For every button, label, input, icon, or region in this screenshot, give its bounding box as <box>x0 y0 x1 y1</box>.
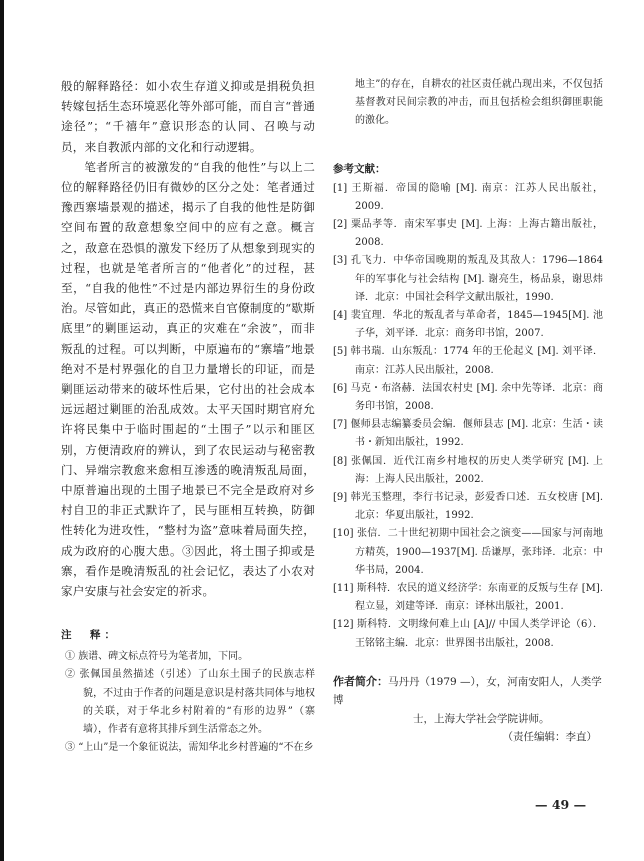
note-1: ① 族谱、碑文标点符号为笔者加，下同。 <box>61 648 315 666</box>
author-label: 作者简介： <box>333 675 388 688</box>
note-text: 张佩国虽然描述（引述）了山东土围子的民族志样貌，不过由于作者的问题是意识是村落共… <box>80 669 315 735</box>
note-3-continuation: 地主”的存在，自耕农的社区责任就凸现出来，不仅包括基督教对民间宗教的冲击，而且包… <box>333 76 603 131</box>
reference-item: [11] 斯科特．农民的道义经济学：东南亚的反叛与生存 [M]. 程立显，刘建等… <box>333 580 603 616</box>
page-number: — 49 — <box>535 797 586 812</box>
reference-item: [12] 斯科特．文明缘何难上山 [A]// 中国人类学评论（6）．王铭铭主编．… <box>333 616 603 652</box>
page-left-border <box>0 0 4 861</box>
reference-item: [8] 张佩国．近代江南乡村地权的历史人类学研究 [M]. 上海：上海人民出版社… <box>333 453 603 489</box>
reference-item: [10] 张信．二十世纪初期中国社会之演变——国家与河南地方精英，1900—19… <box>333 525 603 580</box>
paragraph-1: 般的解释路径：如小农生存道义抑或是捐税负担转嫁包括生态环境恶化等外部可能，而自言… <box>61 76 315 157</box>
note-2: ② 张佩国虽然描述（引述）了山东土围子的民族志样貌，不过由于作者的问题是意识是村… <box>61 666 315 739</box>
reference-item: [2] 粟品孝等．南宋军事史 [M]. 上海：上海古籍出版社，2008. <box>333 216 603 252</box>
reference-item: [5] 韩书瑞．山东叛乱：1774 年的王伦起义 [M]. 刘平译．南京：江苏人… <box>333 343 603 379</box>
note-marker: ① <box>65 651 75 662</box>
author-bio: 作者简介：马丹丹（1979 —），女，河南安阳人，人类学博 士，上海大学社会学院… <box>333 673 603 729</box>
responsible-editor: （责任编辑：李直） <box>333 728 603 747</box>
note-3: ③ “上山”是一个象征说法，需知华北乡村普遍的“不在乡 <box>61 739 315 757</box>
author-line-2: 士，上海大学社会学院讲师。 <box>333 710 603 729</box>
note-marker: ② <box>65 669 76 680</box>
left-column: 般的解释路径：如小农生存道义抑或是捐税负担转嫁包括生态环境恶化等外部可能，而自言… <box>61 76 315 758</box>
note-marker: ③ <box>65 742 75 753</box>
reference-item: [1] 王斯福．帝国的隐喻 [M]. 南京：江苏人民出版社，2009. <box>333 180 603 216</box>
reference-item: [7] 偃师县志编纂委员会编．偃师县志 [M]. 北京：生活・读书・新知出版社，… <box>333 416 603 452</box>
reference-item: [4] 裴宜理．华北的叛乱者与革命者，1845—1945[M]. 池子华，刘平译… <box>333 307 603 343</box>
paragraph-2: 笔者所言的被激发的“自我的他性”与以上二位的解释路径仍旧有微妙的区分之处：笔者通… <box>61 157 315 601</box>
reference-item: [3] 孔飞力．中华帝国晚期的叛乱及其敌人：1796—1864 年的军事化与社会… <box>333 252 603 307</box>
reference-item: [9] 韩光玉整理，李行书记录，彭爱香口述．五女校唐 [M]. 北京：华夏出版社… <box>333 489 603 525</box>
references-heading: 参考文献： <box>333 161 603 176</box>
notes-heading: 注 释： <box>61 627 315 642</box>
note-text: 族谱、碑文标点符号为笔者加，下同。 <box>78 651 248 662</box>
body-text: 般的解释路径：如小农生存道义抑或是捐税负担转嫁包括生态环境恶化等外部可能，而自言… <box>61 76 315 601</box>
right-column: 地主”的存在，自耕农的社区责任就凸现出来，不仅包括基督教对民间宗教的冲击，而且包… <box>333 76 603 747</box>
reference-item: [6] 马克・布洛赫．法国农村史 [M]. 余中先等译．北京：商务印书馆，200… <box>333 380 603 416</box>
note-text: “上山”是一个象征说法，需知华北乡村普遍的“不在乡 <box>78 742 313 753</box>
